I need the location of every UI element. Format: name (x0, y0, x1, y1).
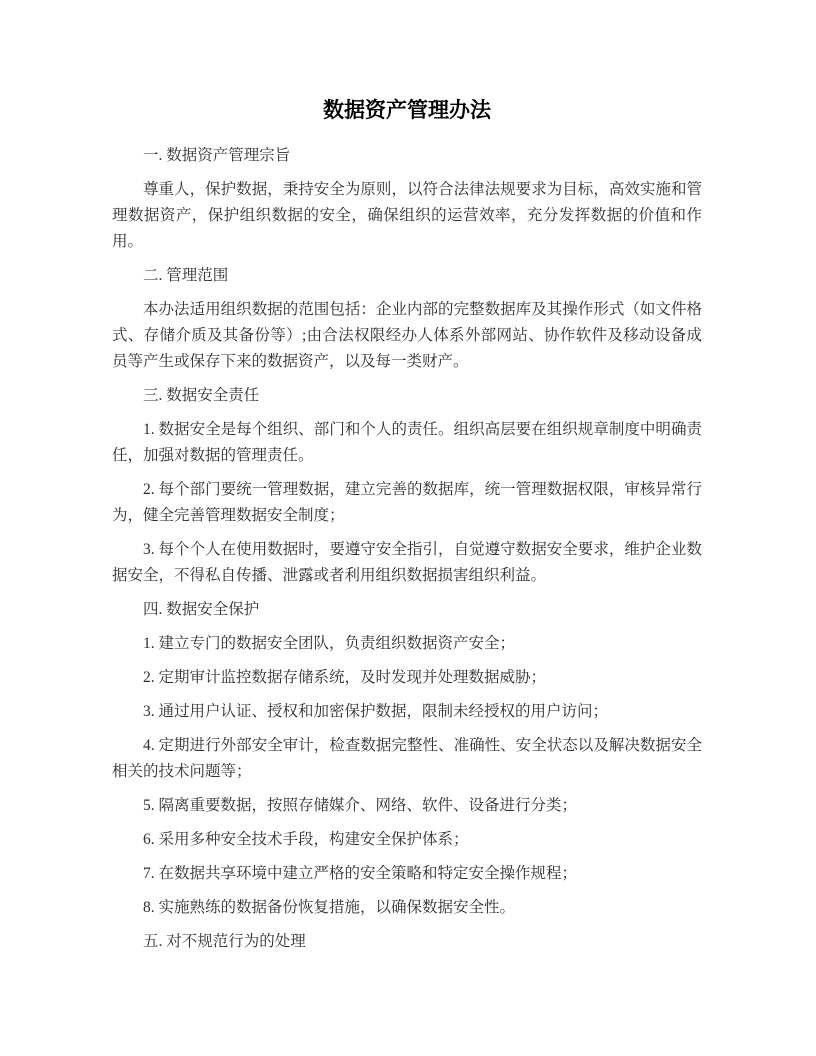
section-4-item-8: 8. 实施熟练的数据备份恢复措施，以确保数据安全性。 (112, 895, 702, 921)
section-4-item-6: 6. 采用多种安全技术手段，构建安全保护体系； (112, 827, 702, 853)
section-3-item-3: 3. 每个个人在使用数据时，要遵守安全指引，自觉遵守数据安全要求，维护企业数据安… (112, 537, 702, 589)
document-page: 数据资产管理办法 一. 数据资产管理宗旨 尊重人，保护数据，秉持安全为原则，以符… (0, 0, 816, 1056)
section-4-item-5: 5. 隔离重要数据，按照存储媒介、网络、软件、设备进行分类； (112, 793, 702, 819)
section-2-paragraph-1: 本办法适用组织数据的范围包括：企业内部的完整数据库及其操作形式（如文件格式、存储… (112, 297, 702, 375)
section-3-heading: 三. 数据安全责任 (112, 383, 702, 409)
document-title: 数据资产管理办法 (112, 96, 702, 124)
section-4-item-7: 7. 在数据共享环境中建立严格的安全策略和特定安全操作规程； (112, 861, 702, 887)
section-4-item-1: 1. 建立专门的数据安全团队，负责组织数据资产安全； (112, 631, 702, 657)
section-4-item-2: 2. 定期审计监控数据存储系统，及时发现并处理数据威胁； (112, 665, 702, 691)
section-1-paragraph-1: 尊重人，保护数据，秉持安全为原则，以符合法律法规要求为目标，高效实施和管理数据资… (112, 177, 702, 255)
section-1-heading: 一. 数据资产管理宗旨 (112, 143, 702, 169)
section-4-item-3: 3. 通过用户认证、授权和加密保护数据，限制未经授权的用户访问； (112, 699, 702, 725)
section-5-heading: 五. 对不规范行为的处理 (112, 929, 702, 955)
section-2-heading: 二. 管理范围 (112, 263, 702, 289)
section-3-item-2: 2. 每个部门要统一管理数据，建立完善的数据库，统一管理数据权限，审核异常行为，… (112, 477, 702, 529)
section-3-item-1: 1. 数据安全是每个组织、部门和个人的责任。组织高层要在组织规章制度中明确责任，… (112, 417, 702, 469)
section-4-item-4: 4. 定期进行外部安全审计，检查数据完整性、准确性、安全状态以及解决数据安全相关… (112, 733, 702, 785)
section-4-heading: 四. 数据安全保护 (112, 597, 702, 623)
